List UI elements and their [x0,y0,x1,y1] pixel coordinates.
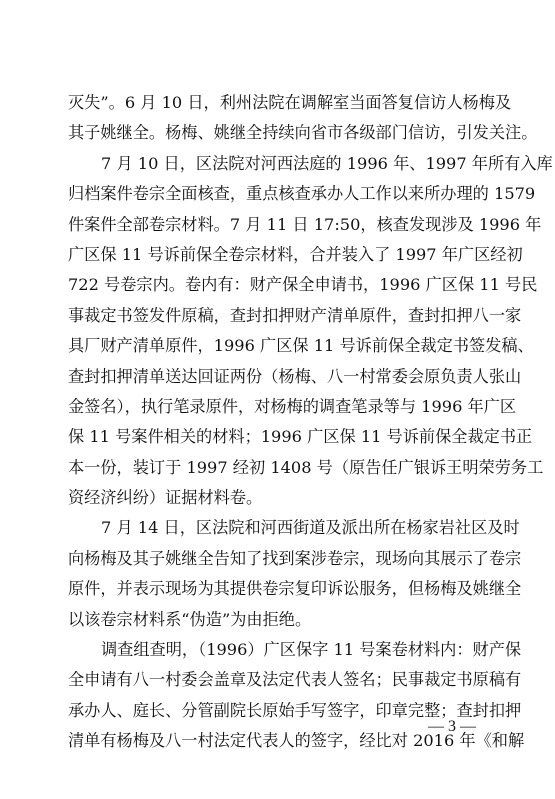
text-line: 调查组查明，（1996）广区保字 11 号案卷材料内：财产保 [68,635,480,665]
text-line: 清单有杨梅及八一村法定代表人的签字，经比对 2016 年《和解 [68,726,480,756]
text-line: 件案件全部卷宗材料。7 月 11 日 17:50，核查发现涉及 1996 年 [68,210,480,240]
document-page: 灭失”。6 月 10 日，利州法院在调解室当面答复信访人杨梅及 其子姚继全。杨梅… [0,0,555,799]
document-body: 灭失”。6 月 10 日，利州法院在调解室当面答复信访人杨梅及 其子姚继全。杨梅… [68,88,480,757]
page-number: — 3 — [428,718,476,736]
text-line: 资经济纠纷）证据材料卷。 [68,483,480,513]
text-line: 722 号卷宗内。卷内有：财产保全申请书，1996 广区保 11 号民 [68,270,480,300]
text-line: 广区保 11 号诉前保全卷宗材料，合并装入了 1997 年广区经初 [68,240,480,270]
text-line: 灭失”。6 月 10 日，利州法院在调解室当面答复信访人杨梅及 [68,88,480,118]
text-line: 保 11 号案件相关的材料；1996 广区保 11 号诉前保全裁定书正 [68,422,480,452]
text-line: 向杨梅及其子姚继全告知了找到案涉卷宗，现场向其展示了卷宗 [68,544,480,574]
text-line: 原件，并表示现场为其提供卷宗复印诉讼服务，但杨梅及姚继全 [68,574,480,604]
text-line: 其子姚继全。杨梅、姚继全持续向省市各级部门信访，引发关注。 [68,118,480,148]
text-line: 以该卷宗材料系“伪造”为由拒绝。 [68,605,480,635]
text-line: 查封扣押清单送达回证两份（杨梅、八一村常委会原负责人张山 [68,362,480,392]
text-line: 本一份，装订于 1997 经初 1408 号（原告任广银诉王明荣劳务工 [68,453,480,483]
text-line: 具厂财产清单原件，1996 广区保 11 号诉前保全裁定书签发稿、 [68,331,480,361]
text-line: 全申请有八一村委会盖章及法定代表人签名；民事裁定书原稿有 [68,665,480,695]
text-line: 7 月 14 日，区法院和河西街道及派出所在杨家岩社区及时 [68,513,480,543]
text-line: 金签名），执行笔录原件，对杨梅的调查笔录等与 1996 年广区 [68,392,480,422]
text-line: 承办人、庭长、分管副院长原始手写签字，印章完整；查封扣押 [68,696,480,726]
text-line: 事裁定书签发件原稿，查封扣押财产清单原件，查封扣押八一家 [68,301,480,331]
text-line: 归档案件卷宗全面核查，重点核查承办人工作以来所办理的 1579 [68,179,480,209]
text-line: 7 月 10 日，区法院对河西法庭的 1996 年、1997 年所有入库 [68,149,480,179]
